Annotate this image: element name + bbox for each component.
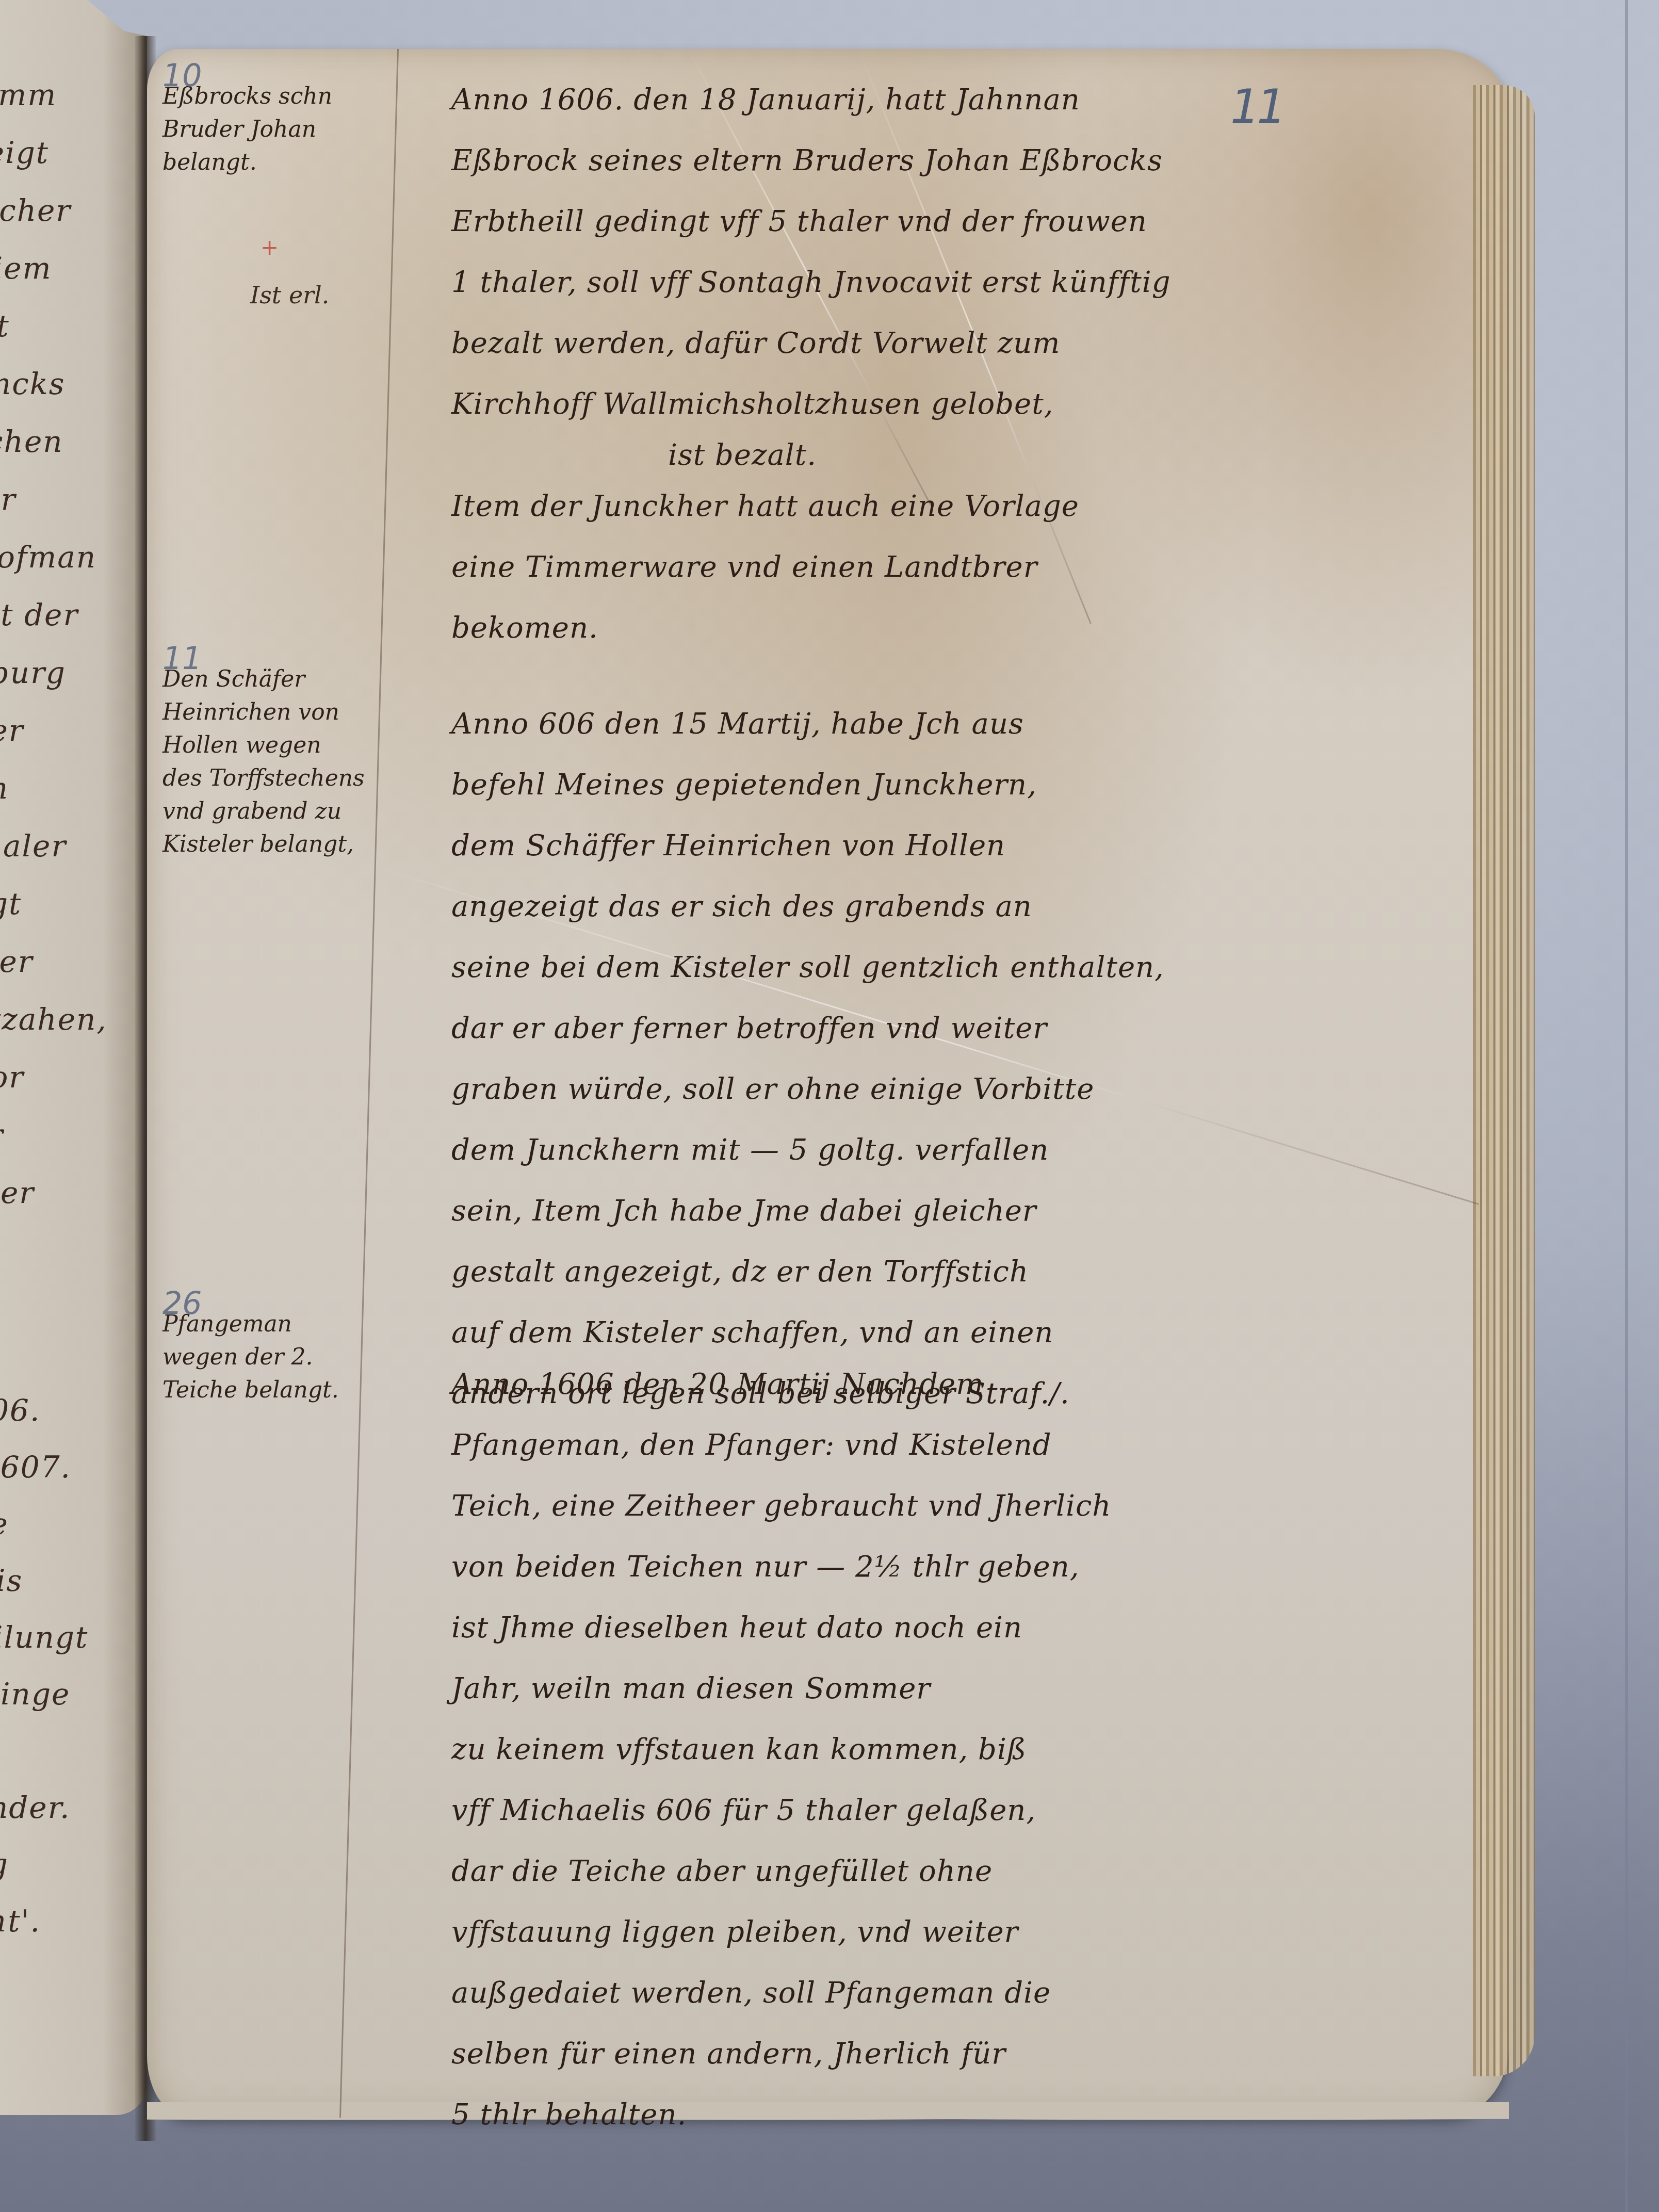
entry-line: dem Junckhern mit — 5 goltg. verfallen: [451, 1120, 1462, 1181]
background-cloth-fold: [1625, 0, 1628, 2212]
entry-line: selben für einen andern, Jherlich für: [451, 2024, 1462, 2085]
entry-line: Anno 606 den 15 Martij, habe Jch aus: [451, 694, 1462, 755]
entry-line: angezeigt das er sich des grabends an: [451, 876, 1462, 937]
entry-line: eine Timmerware vnd einen Landtbrer: [451, 537, 1462, 598]
margin-annotation: Ist erl.: [250, 281, 329, 309]
left-page-fragment: ...en: [0, 771, 9, 806]
left-page-fragment: ...dor: [0, 1060, 24, 1095]
margin-note-line: Kisteler belangt,: [162, 828, 431, 861]
margin-note-3: 26 Pfangeman wegen der 2. Teiche belangt…: [162, 1308, 431, 1407]
margin-note-2: 11 Den Schäfer Heinrichen von Hollen weg…: [162, 663, 431, 861]
left-page-fragment: ...ge: [0, 1506, 9, 1541]
margin-note-line: wegen der 2.: [162, 1341, 431, 1374]
left-page-fragment: ...ander.: [0, 1790, 71, 1825]
entry-line: dar die Teiche aber ungefüllet ohne: [451, 1841, 1462, 1902]
margin-note-line: vnd grabend zu: [162, 795, 431, 828]
entry-line: Item der Junckher hatt auch eine Vorlage: [451, 476, 1462, 537]
margin-note-line: Den Schäfer: [162, 663, 431, 696]
left-page-fragment: ...thaler: [0, 828, 67, 864]
entry-line: bekomen.: [451, 598, 1462, 659]
entry-line: Jahr, weiln man diesen Sommer: [451, 1658, 1462, 1719]
entry-line: Pfangeman, den Pfanger: vnd Kistelend: [451, 1415, 1462, 1476]
margin-note-line: Hollen wegen: [162, 729, 431, 762]
entry-3: Anno 1606 den 20 Martij Nachdem Pfangema…: [451, 1354, 1462, 2145]
left-page-fragment: ...dlinge: [0, 1677, 70, 1712]
left-page-fragment: ...aler: [0, 944, 34, 979]
entry-line: Anno 1606 den 20 Martij Nachdem: [451, 1354, 1462, 1415]
left-page-fragment: ...ttis: [0, 1563, 23, 1598]
entry-line: Teich, eine Zeitheer gebraucht vnd Jherl…: [451, 1476, 1462, 1537]
margin-note-line: belangt.: [162, 146, 431, 179]
entry-line: vff Michaelis 606 für 5 thaler gelaßen,: [451, 1780, 1462, 1841]
left-page-fragment: ...elcher: [0, 193, 71, 228]
entry-line: Anno 1606. den 18 Januarij, hatt Jahnnan: [451, 70, 1462, 131]
left-page-fragment: ...der: [0, 713, 24, 748]
left-page-fragment: ...cht'.: [0, 1904, 41, 1939]
left-page-fragment: ...Imcks: [0, 366, 66, 401]
entry-2: Anno 606 den 15 Martij, habe Jch aus bef…: [451, 694, 1462, 1424]
entry-1: Anno 1606. den 18 Januarij, hatt Jahnnan…: [451, 70, 1462, 659]
left-page-fragment: ...nburg: [0, 655, 66, 690]
margin-ruling-line: [339, 49, 399, 2118]
entry-line: ist Jhme dieselben heut dato noch ein: [451, 1598, 1462, 1658]
entry-line: graben würde, soll er ohne einige Vorbit…: [451, 1059, 1462, 1120]
page-edge-stack: [1473, 85, 1535, 2076]
entry-line: dem Schäffer Heinrichen von Hollen: [451, 816, 1462, 876]
left-page-fragment: ...for: [0, 482, 16, 517]
margin-note-line: des Torffstechens: [162, 762, 431, 795]
left-page-fragment: ...Hofman: [0, 540, 96, 575]
entry-line: vffstauung liggen pleiben, vnd weiter: [451, 1902, 1462, 1963]
entry-line: gestalt angezeigt, dz er den Torffstich: [451, 1242, 1462, 1303]
left-page-fragment: ...ist: [0, 308, 10, 344]
left-page-fragment: ...ider: [0, 1175, 35, 1210]
entry-line: außgedaiet werden, soll Pfangeman die: [451, 1963, 1462, 2024]
left-page-fragment: ...cimm: [0, 77, 57, 112]
left-page-fragment: ...schen: [0, 424, 63, 459]
entry-line: von beiden Teichen nur — 2½ thlr geben,: [451, 1537, 1462, 1598]
entry-line: dar er aber ferner betroffen vnd weiter: [451, 998, 1462, 1059]
entry-line: Kirchhoff Wallmichsholtzhusen gelobet,: [451, 374, 1462, 435]
margin-note-line: Eßbrocks schn: [162, 80, 431, 113]
entry-line: sein, Item Jch habe Jme dabei gleicher: [451, 1181, 1462, 1242]
left-page-fragment: ...eg: [0, 1847, 9, 1882]
left-page-fragment: ...Kiem: [0, 251, 52, 286]
left-page-fragment: ...agt: [0, 886, 22, 921]
left-page-fragment: ...atzahen,: [0, 1002, 107, 1037]
left-page-fragment: ...zeigt: [0, 135, 49, 170]
entry-line-paid-note: ist bezalt.: [451, 435, 1462, 476]
entry-line: bezalt werden, dafür Cordt Vorwelt zum: [451, 313, 1462, 374]
entry-line: Eßbrock seines eltern Bruders Johan Eßbr…: [451, 131, 1462, 191]
margin-note-line: Heinrichen von: [162, 696, 431, 729]
entry-number: 10: [162, 59, 202, 92]
entry-line: befehl Meines gepietenden Junckhern,: [451, 755, 1462, 816]
margin-note-line: Bruder Johan: [162, 113, 431, 146]
entry-line: 5 thlr behalten.: [451, 2085, 1462, 2145]
left-page-fragment: ...er: [0, 1117, 4, 1152]
red-cross-mark: +: [261, 235, 279, 260]
left-facing-page: ...cimm...zeigt...elcher...Kiem...ist...…: [0, 0, 147, 2115]
left-page-fragment: ...t ilungt: [0, 1620, 88, 1655]
margin-note-1: 10 Eßbrocks schn Bruder Johan belangt.: [162, 80, 431, 179]
entry-line: Erbtheill gedingt vff 5 thaler vnd der f…: [451, 191, 1462, 252]
entry-number: 11: [162, 642, 202, 675]
entry-line: seine bei dem Kisteler soll gentzlich en…: [451, 937, 1462, 998]
margin-note-line: Pfangeman: [162, 1308, 431, 1341]
entry-line: 1 thaler, soll vff Sontagh Jnvocavit ers…: [451, 252, 1462, 313]
entry-line: zu keinem vffstauen kan kommen, biß: [451, 1719, 1462, 1780]
left-page-fragment: ...g 607.: [0, 1450, 71, 1485]
left-page-fragment: ...606.: [0, 1393, 40, 1428]
left-page-fragment: ...uit der: [0, 597, 78, 632]
entry-number: 26: [162, 1287, 202, 1320]
manuscript-page: 11 10 Eßbrocks schn Bruder Johan belangt…: [147, 49, 1509, 2118]
margin-note-line: Teiche belangt.: [162, 1374, 431, 1407]
